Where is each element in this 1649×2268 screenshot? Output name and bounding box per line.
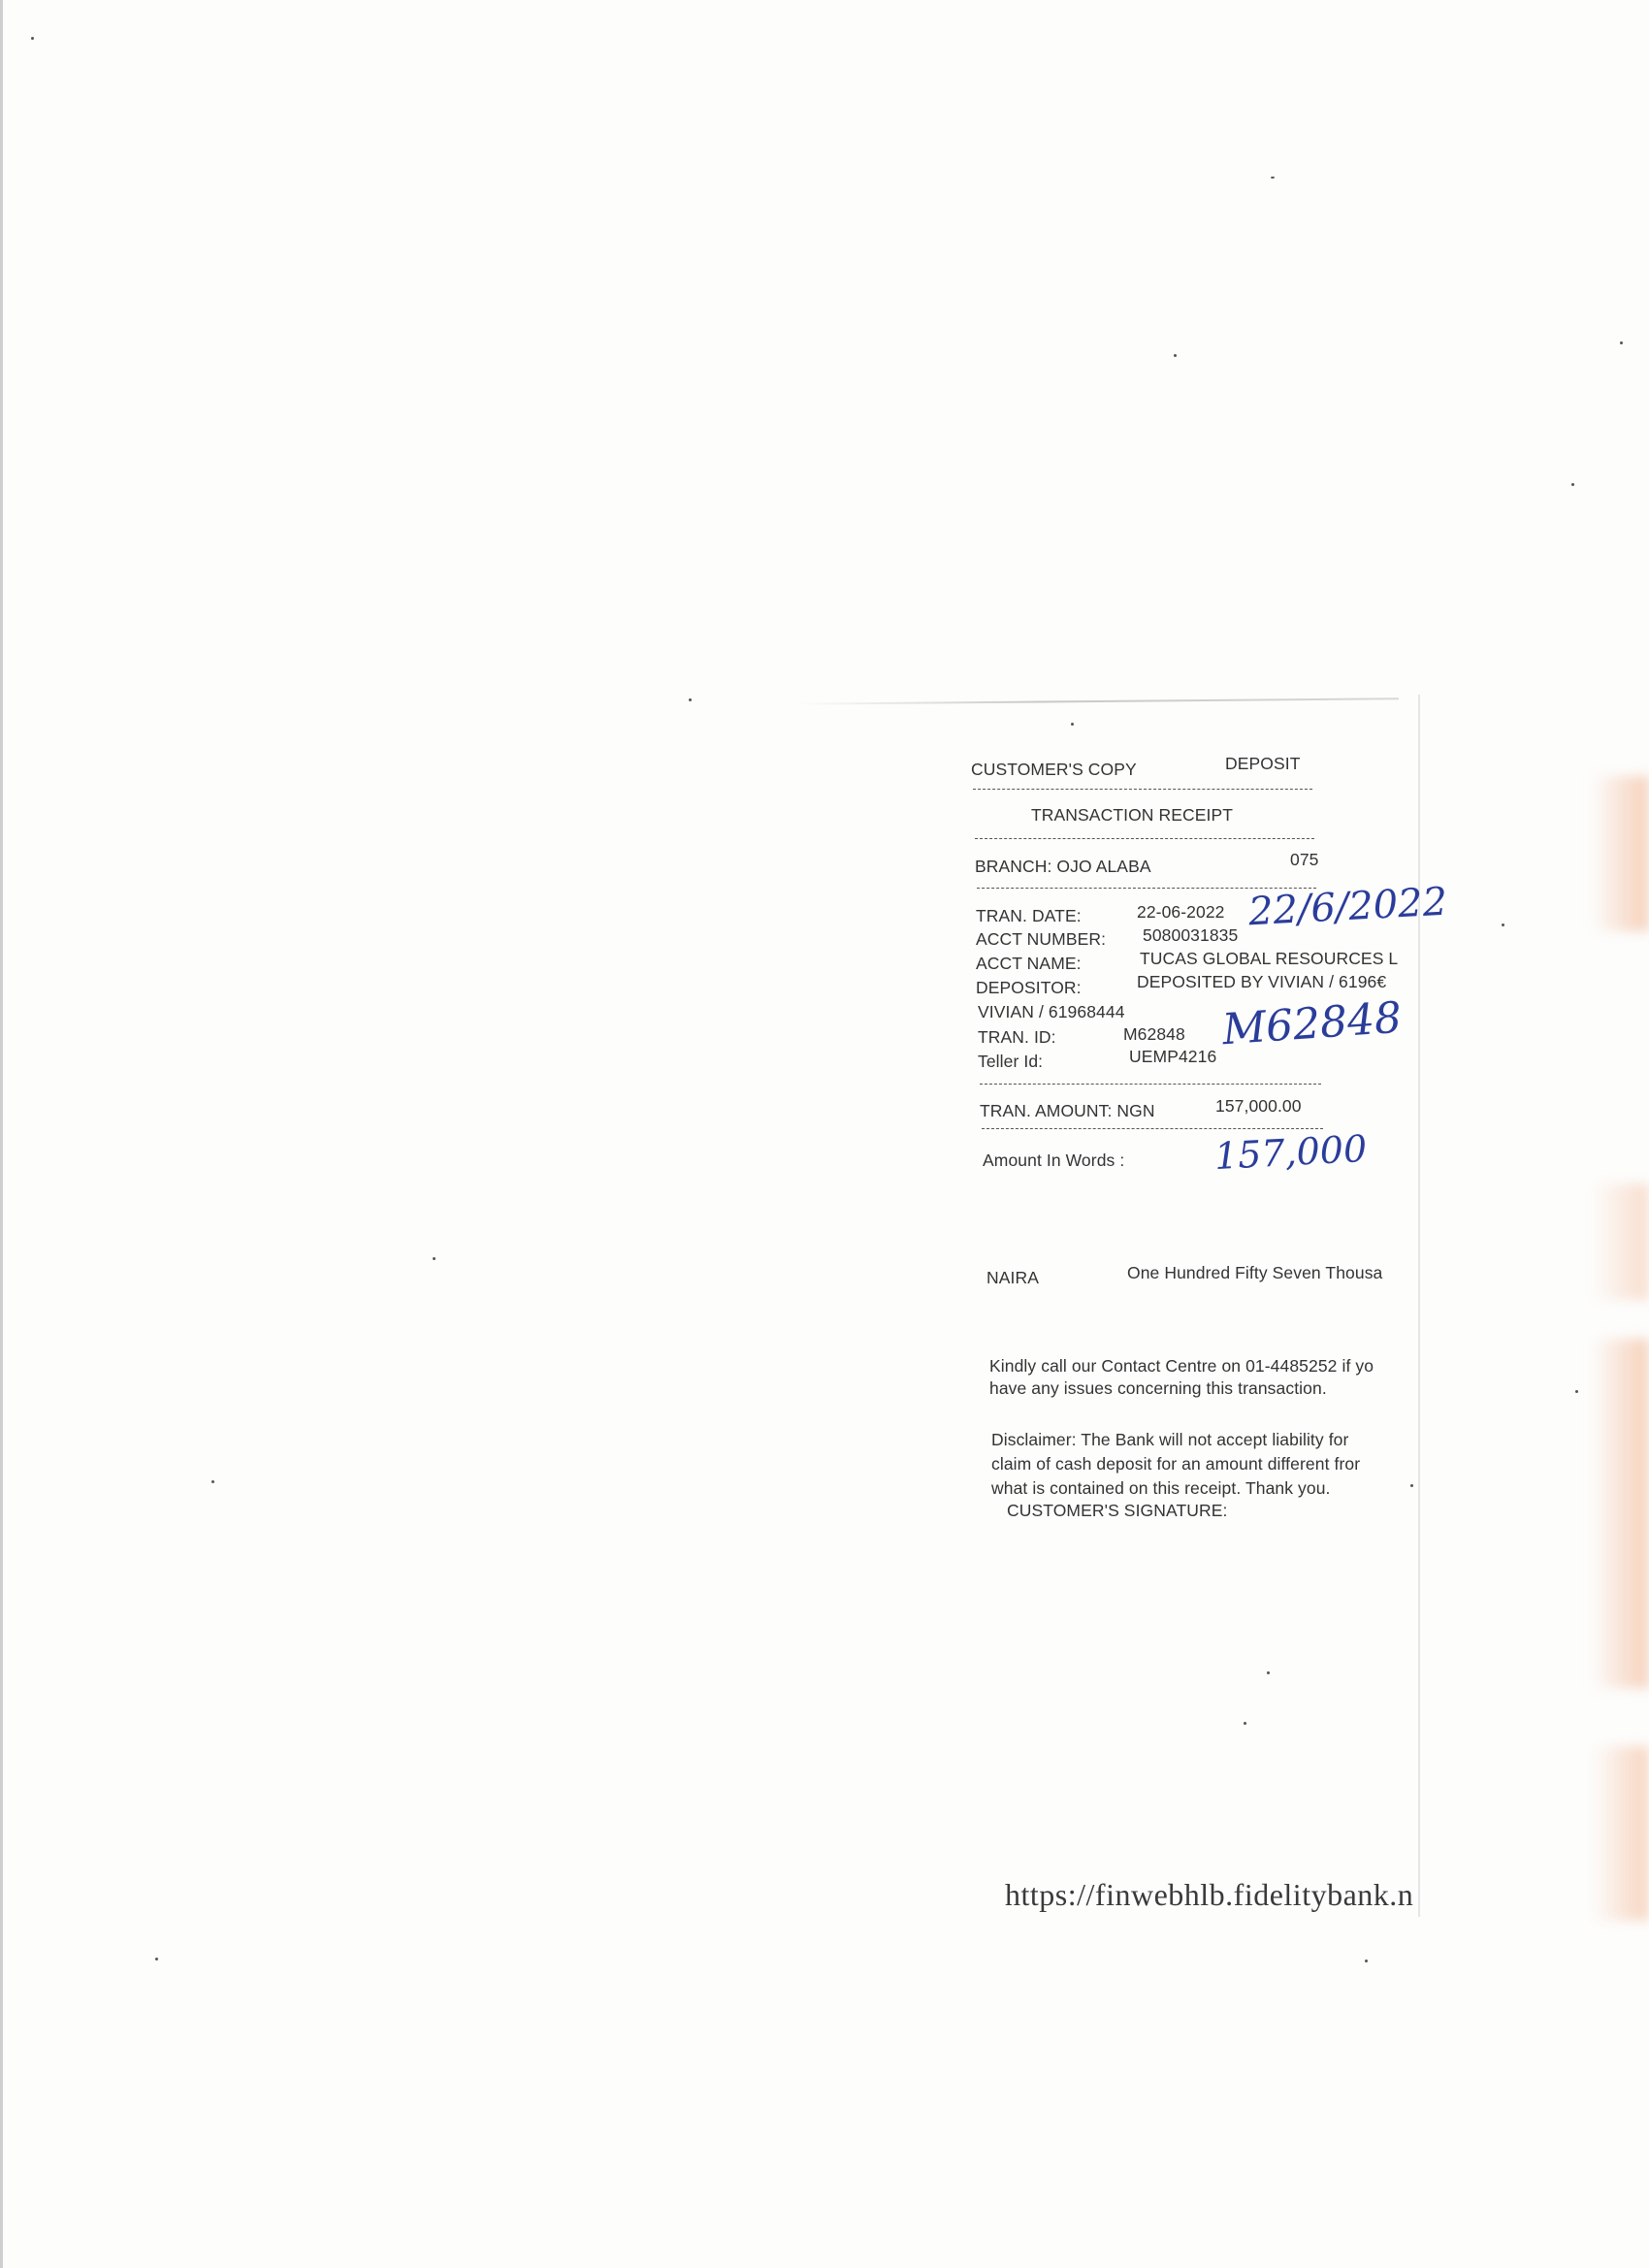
contact-text-line2: have any issues concerning this transact… — [989, 1378, 1327, 1399]
transaction-type: DEPOSIT — [1225, 754, 1301, 774]
teller-id-label: Teller Id: — [978, 1052, 1043, 1072]
acct-name-value: TUCAS GLOBAL RESOURCES L — [1140, 949, 1398, 969]
scan-speck — [1271, 177, 1275, 178]
divider — [982, 1128, 1323, 1129]
amount-in-words-value: One Hundred Fifty Seven Thousa — [1127, 1263, 1382, 1283]
scan-speck — [1365, 1960, 1368, 1962]
disclaimer-line1: Disclaimer: The Bank will not accept lia… — [991, 1430, 1348, 1450]
branch-code: 075 — [1290, 850, 1319, 870]
depositor-continued: VIVIAN / 61968444 — [978, 1002, 1125, 1022]
depositor-label: DEPOSITOR: — [976, 978, 1082, 998]
tran-amount-label: TRAN. AMOUNT: NGN — [980, 1101, 1155, 1121]
scan-left-edge — [0, 0, 3, 2268]
teller-id-value: UEMP4216 — [1129, 1047, 1216, 1067]
customer-copy-label: CUSTOMER'S COPY — [971, 760, 1137, 780]
paper-stain — [1591, 776, 1649, 931]
acct-number-label: ACCT NUMBER: — [976, 929, 1106, 950]
scan-speck — [211, 1480, 214, 1483]
depositor-value: DEPOSITED BY VIVIAN / 6196€ — [1137, 972, 1386, 992]
paper-stain — [1591, 1183, 1649, 1300]
acct-name-label: ACCT NAME: — [976, 954, 1082, 974]
tran-date-label: TRAN. DATE: — [976, 906, 1082, 926]
contact-text-line1: Kindly call our Contact Centre on 01-448… — [989, 1356, 1374, 1377]
receipt-title: TRANSACTION RECEIPT — [1031, 805, 1233, 826]
handwritten-amount: 157,000 — [1213, 1127, 1368, 1178]
tran-id-value: M62848 — [1123, 1024, 1185, 1045]
tran-amount-value: 157,000.00 — [1215, 1096, 1302, 1117]
customer-signature-label: CUSTOMER'S SIGNATURE: — [1007, 1501, 1227, 1521]
tran-date-value: 22-06-2022 — [1137, 902, 1225, 923]
disclaimer-line3: what is contained on this receipt. Thank… — [991, 1478, 1331, 1499]
receipt — [797, 695, 1420, 1917]
scan-speck — [1575, 1390, 1578, 1393]
disclaimer-line2: claim of cash deposit for an amount diff… — [991, 1454, 1360, 1474]
scan-speck — [433, 1257, 436, 1260]
divider — [973, 789, 1312, 790]
scan-speck — [155, 1958, 158, 1960]
scan-speck — [1174, 354, 1177, 357]
divider — [975, 838, 1314, 839]
branch-label: BRANCH: OJO ALABA — [975, 857, 1151, 877]
scan-speck — [1502, 923, 1504, 926]
paper-stain — [1591, 1746, 1649, 1921]
currency-label: NAIRA — [986, 1268, 1039, 1288]
paper-stain — [1591, 1339, 1649, 1688]
scan-speck — [1620, 341, 1623, 344]
footer-url: https://finwebhlb.fidelitybank.n — [1005, 1877, 1413, 1913]
amount-in-words-label: Amount In Words : — [983, 1150, 1124, 1171]
scan-speck — [689, 698, 692, 701]
acct-number-value: 5080031835 — [1143, 925, 1238, 946]
scan-speck — [1571, 483, 1574, 486]
scan-speck — [31, 37, 34, 40]
tran-id-label: TRAN. ID: — [978, 1027, 1056, 1048]
divider — [980, 1084, 1321, 1085]
